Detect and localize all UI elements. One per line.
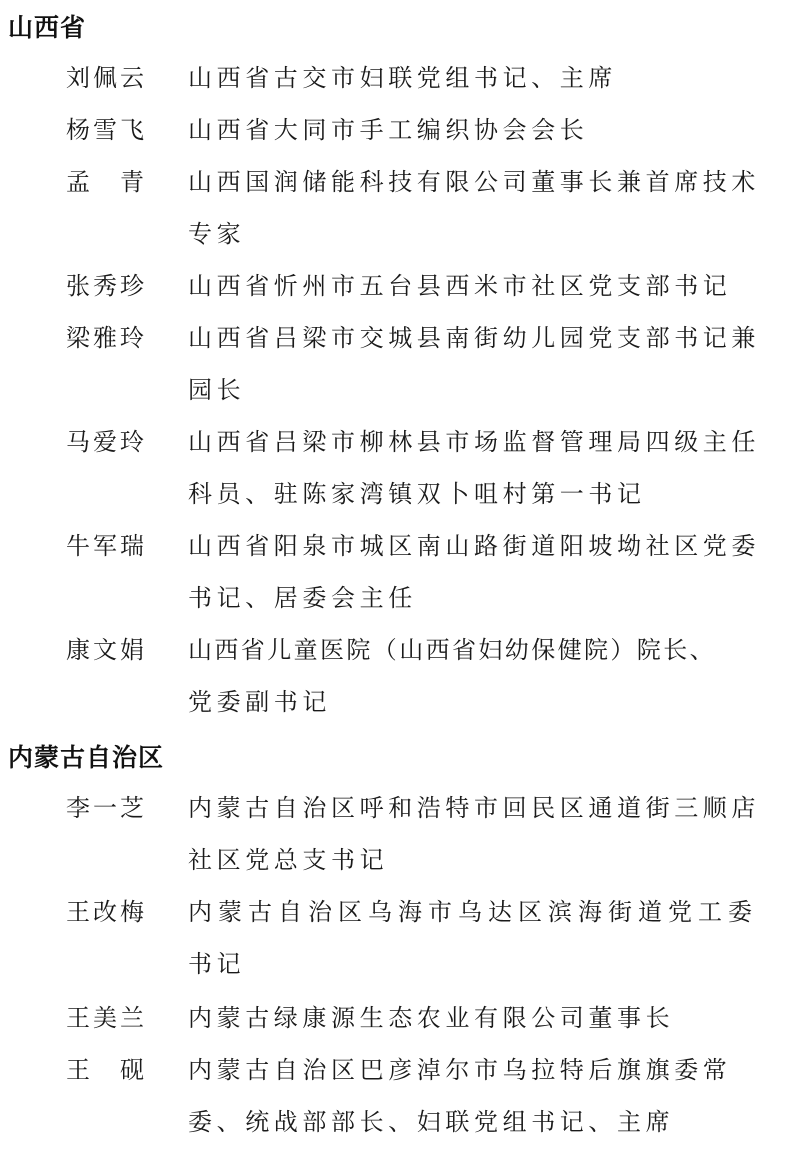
person-title: 山西省大同市手工编织协会会长 (188, 110, 588, 145)
person-title: 内蒙古自治区乌海市乌达区滨海街道党工委 (188, 892, 758, 927)
person-name: 王 砚 (66, 1050, 147, 1085)
region-heading: 内蒙古自治区 (8, 738, 164, 774)
person-title: 山西省吕梁市柳林县市场监督管理局四级主任 (188, 422, 760, 457)
person-name: 李一芝 (66, 788, 147, 823)
person-name: 王美兰 (66, 998, 147, 1033)
person-title: 山西国润储能科技有限公司董事长兼首席技术 (188, 162, 760, 197)
person-title: 内蒙古自治区呼和浩特市回民区通道街三顺店 (188, 788, 760, 823)
person-title-cont: 书记 (188, 944, 245, 979)
person-name: 牛军瑞 (66, 526, 147, 561)
person-title: 山西省儿童医院（山西省妇幼保健院）院长、 (188, 630, 716, 665)
person-title-cont: 园长 (188, 370, 245, 405)
person-title-cont: 党委副书记 (188, 682, 331, 717)
person-name: 杨雪飞 (66, 110, 147, 145)
person-name: 孟 青 (66, 162, 147, 197)
person-title-cont: 书记、居委会主任 (188, 578, 417, 613)
person-title: 内蒙古绿康源生态农业有限公司董事长 (188, 998, 674, 1033)
person-name: 刘佩云 (66, 58, 147, 93)
person-title-cont: 科员、驻陈家湾镇双卜咀村第一书记 (188, 474, 646, 509)
person-name: 梁雅玲 (66, 318, 147, 353)
person-title: 内蒙古自治区巴彦淖尔市乌拉特后旗旗委常 (188, 1050, 731, 1085)
person-title: 山西省忻州市五台县西米市社区党支部书记 (188, 266, 731, 301)
person-name: 张秀珍 (66, 266, 147, 301)
region-heading: 山西省 (8, 8, 86, 44)
person-title-cont: 委、统战部部长、妇联党组书记、主席 (188, 1102, 674, 1137)
person-title-cont: 专家 (188, 214, 245, 249)
person-name: 王改梅 (66, 892, 147, 927)
person-title: 山西省吕梁市交城县南街幼儿园党支部书记兼 (188, 318, 760, 353)
person-name: 康文娟 (66, 630, 147, 665)
person-title: 山西省古交市妇联党组书记、主席 (188, 58, 617, 93)
person-title-cont: 社区党总支书记 (188, 840, 388, 875)
person-title: 山西省阳泉市城区南山路街道阳坡坳社区党委 (188, 526, 760, 561)
person-name: 马爱玲 (66, 422, 147, 457)
